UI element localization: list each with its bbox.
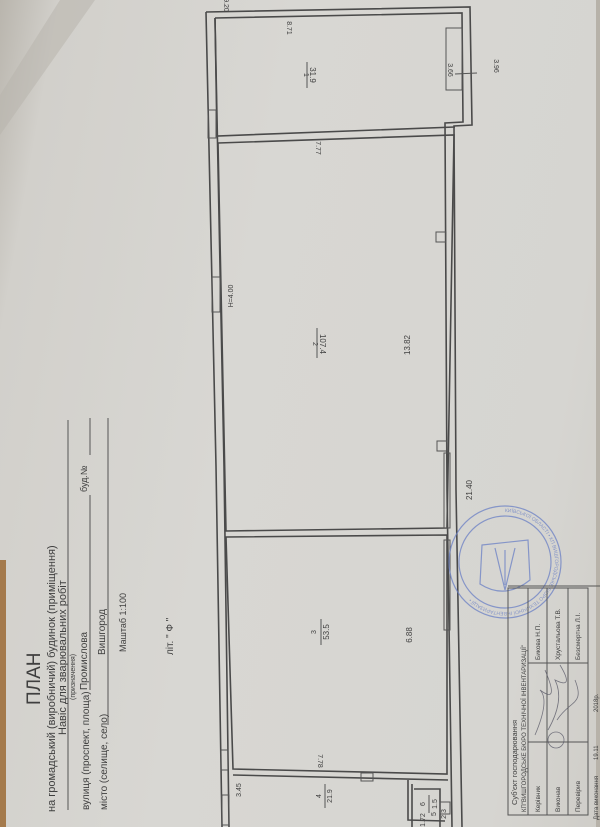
svg-text:4: 4 <box>316 794 323 798</box>
dim-3-96: 3.96 <box>492 59 499 73</box>
official-stamp: КИЇВСЬКОЇ ОБЛАСТІ • КП ВИШГОРОДСЬКЕ БЮРО… <box>449 506 561 618</box>
dim-9-20: 9.20 <box>222 0 229 12</box>
svg-text:3: 3 <box>311 630 318 634</box>
dim-7-77: 7.77 <box>314 141 321 155</box>
name-head: Бикова Н.П. <box>535 624 542 660</box>
room-1-label: 1 31.9 <box>302 62 317 88</box>
inner-wall-left <box>215 18 229 827</box>
header-block: ПЛАН на громадський (виробничий) будинок… <box>24 418 176 812</box>
role-executed: Виконав <box>555 786 562 812</box>
dim-tick <box>455 73 477 74</box>
org-line-1: Суб'єкт господарювання <box>510 720 519 805</box>
room-3-wall <box>226 535 447 774</box>
room-2-label: 2 107.4 <box>311 328 327 358</box>
name-executed: Хрустальова Т.В. <box>555 608 562 660</box>
dim-3-45: 3.45 <box>236 783 243 797</box>
name-checked: Безсмертна Л.І. <box>575 613 582 660</box>
org-line-2: КП"ВИШГОРОДСЬКЕ БЮРО ТЕХНІЧНОЇ ІНВЕНТАРИ… <box>521 645 528 812</box>
dim-21-40: 21.40 <box>465 479 474 500</box>
photographed-document: ПЛАН на громадський (виробничий) будинок… <box>0 0 600 827</box>
date-value: 19.11 <box>594 745 600 760</box>
column <box>436 232 446 242</box>
room-4-wall <box>233 775 448 780</box>
outer-wall-right <box>206 7 472 827</box>
dim-8-71: 8.71 <box>285 21 292 35</box>
role-head: Керівник <box>534 786 542 812</box>
year-value: 2018р. <box>594 693 600 712</box>
paper-fold-shadow <box>0 0 95 135</box>
building-letter: літ. " Ф " <box>165 617 176 655</box>
svg-text:1: 1 <box>302 73 309 77</box>
title-block: Суб'єкт господарювання КП"ВИШГОРОДСЬКЕ Б… <box>508 586 600 820</box>
city-value: Вишгород <box>97 609 108 655</box>
height-label: H=4.00 <box>228 285 235 308</box>
signature <box>535 665 578 735</box>
dim-3-66: 3.66 <box>446 63 453 77</box>
street-value: Промислова <box>79 632 90 690</box>
svg-text:31.9: 31.9 <box>308 67 317 83</box>
purpose-label: (призначення) <box>70 654 77 700</box>
room-1-wall <box>215 18 455 136</box>
plan-title: ПЛАН <box>24 652 45 705</box>
room-2-wall <box>218 135 454 531</box>
dim-1-72: 1.72 <box>420 813 427 827</box>
role-checked: Перевірив <box>574 780 582 812</box>
room-4-label: 4 21.9 <box>316 784 334 808</box>
signature-loop <box>548 732 564 748</box>
dim-7-78: 7.78 <box>316 754 323 768</box>
door-opening <box>446 28 462 90</box>
city-label: місто (селище, село) <box>99 714 110 810</box>
svg-text:107.4: 107.4 <box>318 334 327 355</box>
svg-text:21.9: 21.9 <box>327 789 334 803</box>
window <box>221 750 228 770</box>
room-3-label: 3 53.5 <box>311 619 331 645</box>
floor-plan-sheet: ПЛАН на громадський (виробничий) будинок… <box>0 0 600 827</box>
room-6-label: 6 1.5 <box>420 795 439 813</box>
dim-13-82: 13.82 <box>403 334 412 355</box>
date-label: Дата виконання <box>594 776 600 820</box>
street-label: вулиця (проспект, площа) <box>81 691 92 810</box>
building-label: буд.№ <box>79 465 89 492</box>
svg-text:2.3: 2.3 <box>441 809 448 819</box>
doorway <box>361 773 373 781</box>
column <box>437 441 447 451</box>
svg-text:5: 5 <box>431 812 438 816</box>
scale-label: Маштаб 1:100 <box>118 593 128 652</box>
floor-plan: 1 31.9 2 107.4 3 53.5 4 21.9 6 <box>206 0 499 827</box>
svg-text:1.5: 1.5 <box>432 799 439 809</box>
svg-text:53.5: 53.5 <box>322 624 331 640</box>
dim-6-88: 6.88 <box>405 627 414 643</box>
purpose-value: Навіс для зварювальних робіт <box>57 580 69 735</box>
svg-text:6: 6 <box>420 802 427 806</box>
